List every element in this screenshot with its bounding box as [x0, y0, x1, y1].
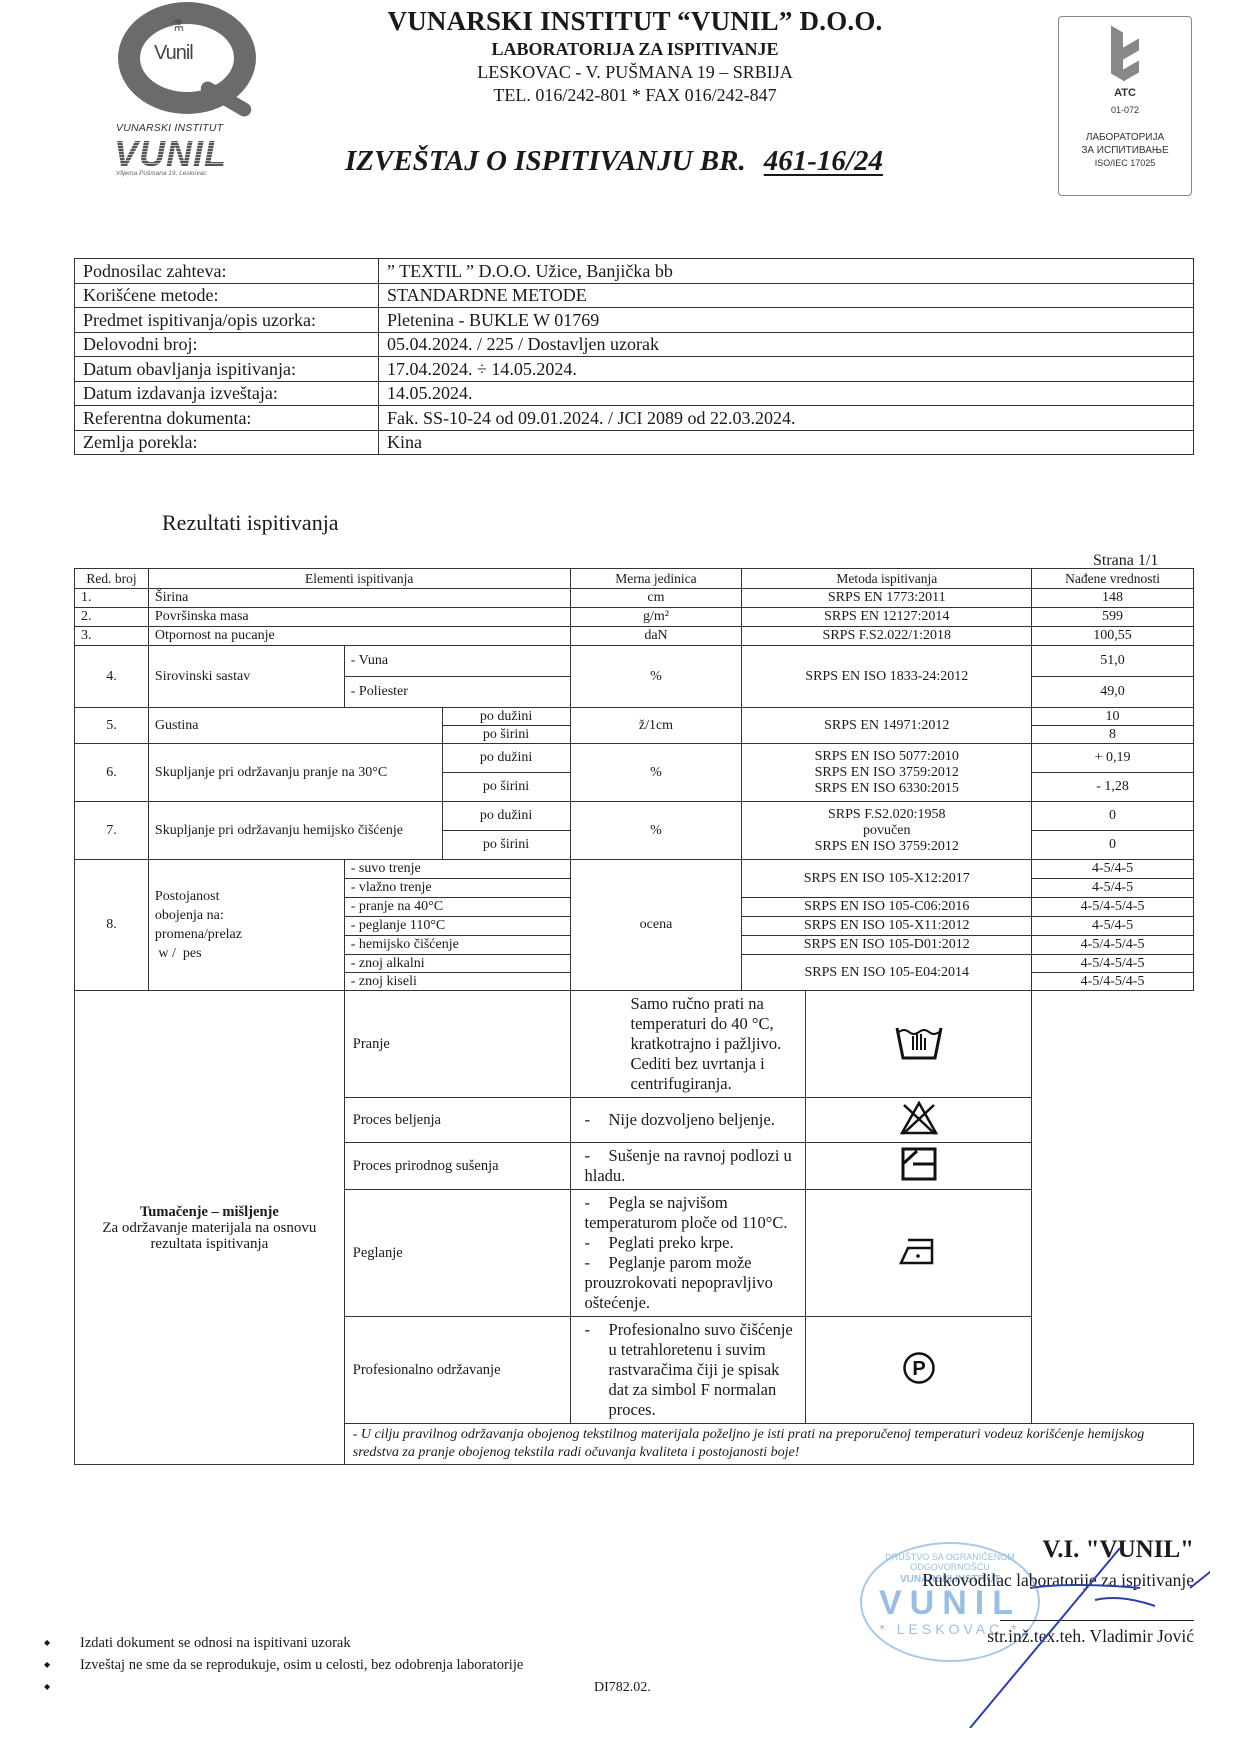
info-row: Zemlja porekla:Kina: [75, 430, 1194, 455]
table-row: 6. Skupljanje pri održavanju pranje na 3…: [75, 744, 1194, 773]
info-label: Podnosilac zahteva:: [75, 259, 379, 284]
info-value: 05.04.2024. / 225 / Dostavljen uzorak: [379, 332, 1194, 357]
info-label: Zemlja porekla:: [75, 430, 379, 455]
info-row: Delovodni broj:05.04.2024. / 225 / Dosta…: [75, 332, 1194, 357]
info-value: Pletenina - BUKLE W 01769: [379, 308, 1194, 333]
company-phone: TEL. 016/242-801 * FAX 016/242-847: [330, 85, 940, 106]
info-row: Datum obavljanja ispitivanja:17.04.2024.…: [75, 357, 1194, 382]
col-unit: Merna jedinica: [570, 569, 742, 589]
company-name: VUNARSKI INSTITUT “VUNIL” D.O.O.: [330, 6, 940, 37]
handwritten-signature: [860, 1528, 1210, 1728]
svg-text:P: P: [912, 1358, 925, 1380]
info-row: Podnosilac zahteva:” TEXTIL ” D.O.O. Uži…: [75, 259, 1194, 284]
col-value: Nađene vrednosti: [1032, 569, 1194, 589]
no-bleach-icon: [806, 1098, 1032, 1143]
info-label: Delovodni broj:: [75, 332, 379, 357]
info-label: Datum izdavanja izveštaja:: [75, 381, 379, 406]
info-label: Korišćene metode:: [75, 283, 379, 308]
table-row: 7. Skupljanje pri održavanju hemijsko či…: [75, 802, 1194, 831]
info-value: Kina: [379, 430, 1194, 455]
table-row: 3. Otpornost na pucanje daN SRPS F.S2.02…: [75, 627, 1194, 646]
hand-wash-icon: [806, 991, 1032, 1098]
info-value: ” TEXTIL ” D.O.O. Užice, Banjička bb: [379, 259, 1194, 284]
table-row: 5. Gustina po dužini ž/1cm SRPS EN 14971…: [75, 708, 1194, 726]
table-row: 4. Sirovinski sastav - Vuna % SRPS EN IS…: [75, 646, 1194, 677]
care-row-washing: Tumačenje – mišljenje Za održavanje mate…: [75, 991, 1194, 1098]
info-value: Fak. SS-10-24 od 09.01.2024. / JCI 2089 …: [379, 406, 1194, 431]
info-value: 17.04.2024. ÷ 14.05.2024.: [379, 357, 1194, 382]
report-number: 461-16/24: [746, 145, 891, 177]
table-row: 8. Postojanostobojenja na:promena/prelaz…: [75, 860, 1194, 879]
microscope-icon: ⚗: [170, 16, 184, 36]
info-row: Korišćene metode:STANDARDNE METODE: [75, 283, 1194, 308]
info-row: Referentna dokumenta:Fak. SS-10-24 od 09…: [75, 406, 1194, 431]
info-row: Predmet ispitivanja/opis uzorka:Pletenin…: [75, 308, 1194, 333]
col-method: Metoda ispitivanja: [742, 569, 1032, 589]
col-element: Elementi ispitivanja: [148, 569, 570, 589]
report-title: IZVEŠTAJ O ISPITIVANJU BR.461-16/24: [345, 145, 891, 178]
request-info-table: Podnosilac zahteva:” TEXTIL ” D.O.O. Uži…: [74, 258, 1194, 455]
info-value: 14.05.2024.: [379, 381, 1194, 406]
info-label: Referentna dokumenta:: [75, 406, 379, 431]
letterhead: VUNARSKI INSTITUT “VUNIL” D.O.O. LABORAT…: [330, 6, 940, 106]
info-label: Predmet ispitivanja/opis uzorka:: [75, 308, 379, 333]
company-address: LESKOVAC - V. PUŠMANA 19 – SRBIJA: [330, 62, 940, 83]
brand-wordmark: VUNIL: [114, 133, 227, 175]
col-no: Red. broj: [75, 569, 149, 589]
info-value: STANDARDNE METODE: [379, 283, 1194, 308]
info-label: Datum obavljanja ispitivanja:: [75, 357, 379, 382]
dry-clean-p-icon: P: [806, 1317, 1032, 1424]
results-table: Red. broj Elementi ispitivanja Merna jed…: [74, 568, 1194, 1465]
footer-notes: Izdati dokument se odnosi na ispitivani …: [44, 1632, 523, 1698]
atc-logo-icon: [1105, 29, 1145, 85]
results-heading: Rezultati ispitivanja: [162, 510, 339, 536]
lab-name: LABORATORIJA ZA ISPITIVANJE: [330, 39, 940, 60]
table-row: 2. Površinska masa g/m² SRPS EN 12127:20…: [75, 608, 1194, 627]
document-id: DI782.02.: [594, 1680, 651, 1696]
results-header-row: Red. broj Elementi ispitivanja Merna jed…: [75, 569, 1194, 589]
iron-low-icon: [806, 1190, 1032, 1317]
table-row: 1. Širina cm SRPS EN 1773:2011 148: [75, 589, 1194, 608]
accreditation-badge: ATC 01-072 ЛАБОРАТОРИЈА ЗА ИСПИТИВАЊЕ IS…: [1058, 16, 1192, 196]
institute-logo: ⚗ Vunil VUNARSKI INSTITUT VUNIL Viljema …: [112, 0, 262, 175]
dry-flat-shade-icon: [806, 1143, 1032, 1190]
info-row: Datum izdavanja izveštaja:14.05.2024.: [75, 381, 1194, 406]
opinion-cell: Tumačenje – mišljenje Za održavanje mate…: [75, 991, 345, 1465]
